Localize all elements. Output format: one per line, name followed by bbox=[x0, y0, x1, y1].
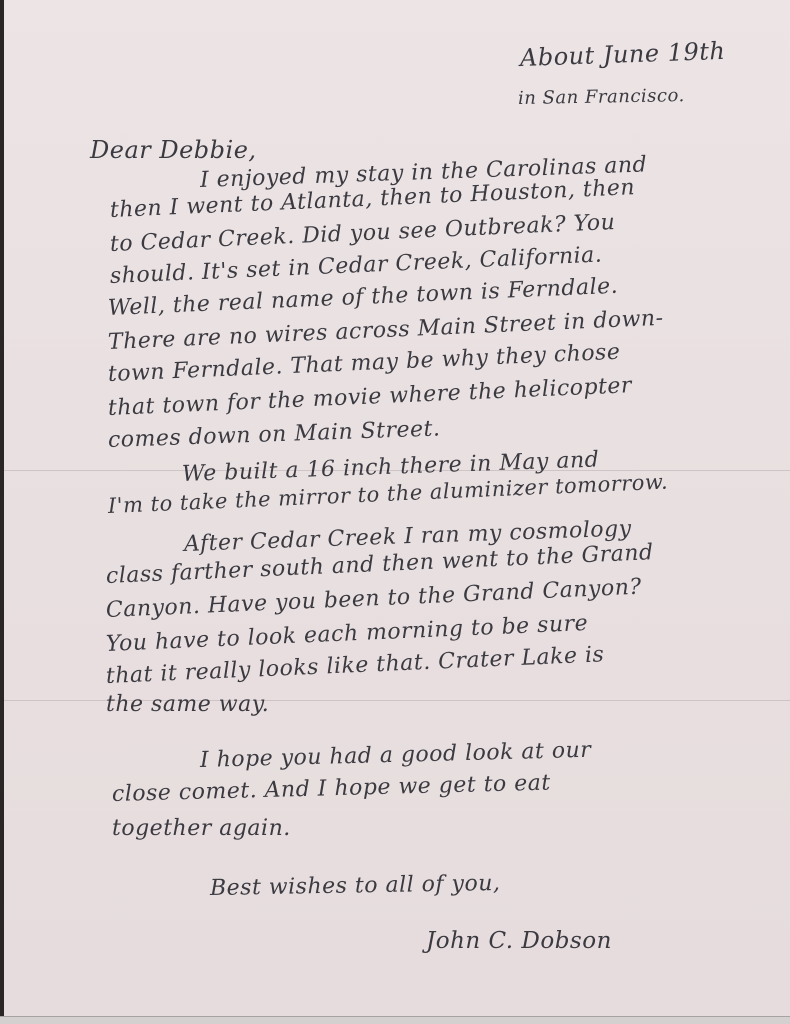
body-line: together again. bbox=[112, 816, 291, 841]
signature: John C. Dobson bbox=[426, 928, 612, 954]
closing: Best wishes to all of you, bbox=[210, 871, 501, 901]
letter-place: in San Francisco. bbox=[518, 85, 685, 109]
body-line: the same way. bbox=[106, 692, 269, 717]
salutation: Dear Debbie, bbox=[90, 136, 257, 164]
scan-bottom-edge bbox=[0, 1016, 790, 1024]
